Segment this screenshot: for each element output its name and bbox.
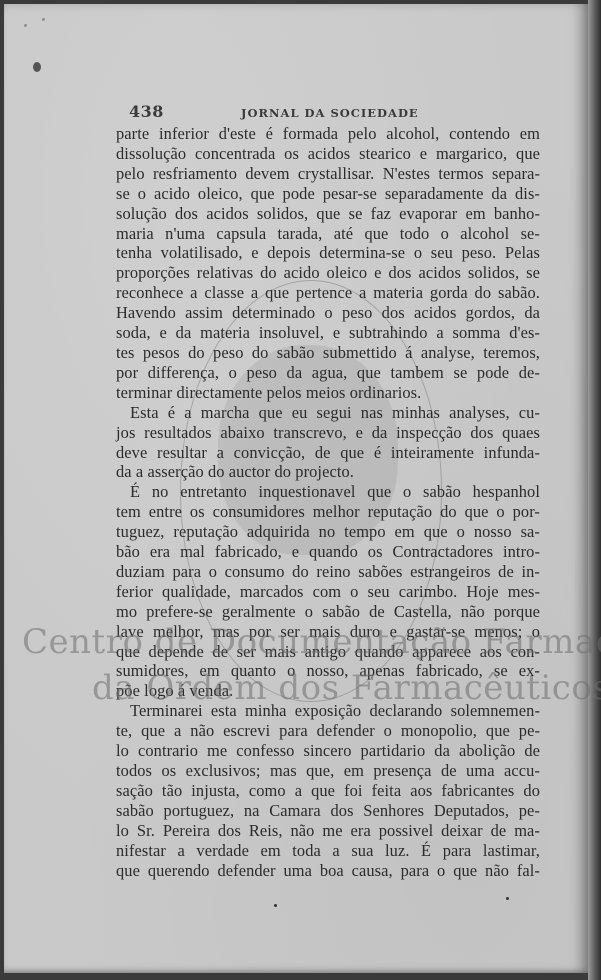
text-line: jos resultados abaixo transcrevo, e da i… xyxy=(116,423,540,443)
text-line: deve resultar a convicção, de que é inte… xyxy=(116,443,540,463)
ink-speck xyxy=(24,24,27,27)
text-line: que depende de ser mais antigo quando ap… xyxy=(116,642,540,662)
print-mark xyxy=(506,897,509,900)
text-line: da a asserção do auctor do projecto. xyxy=(116,462,540,482)
text-line: Havendo assim determinado o peso dos aci… xyxy=(116,303,540,323)
text-line: lo contrario me confesso sincero partida… xyxy=(116,741,540,761)
text-line: lo Sr. Pereira dos Reis, não me era poss… xyxy=(116,821,540,841)
paragraph-start-line: Esta é a marcha que eu segui nas minhas … xyxy=(116,403,540,423)
print-mark xyxy=(274,904,277,907)
text-line: maria n'uma capsula tarada, até que todo… xyxy=(116,224,540,244)
text-line: nifestar a verdade em toda a sua luz. É … xyxy=(116,841,540,861)
text-line: pelo resfriamento devem crystallisar. N'… xyxy=(116,164,540,184)
text-line: sumidores, em quanto o nosso, apenas fab… xyxy=(116,661,540,681)
text-line: duziam para o consumo do reino sabões es… xyxy=(116,562,540,582)
page-header: 438 JORNAL DA SOCIEDADE xyxy=(129,104,539,122)
running-title: JORNAL DA SOCIEDADE xyxy=(241,106,419,120)
text-line: sabão portuguez, na Camara dos Senhores … xyxy=(116,801,540,821)
text-line: se o acido oleico, que pode pesar-se sep… xyxy=(116,184,540,204)
page-number: 438 xyxy=(129,102,164,121)
text-line: tuguez, reputação adquirida no tempo em … xyxy=(116,522,540,542)
text-line: reconhece a classe a que pertence a mate… xyxy=(116,283,540,303)
text-line: por differença, o peso da agua, que tamb… xyxy=(116,363,540,383)
ink-speck xyxy=(42,18,45,21)
text-line: que querendo defender uma boa causa, par… xyxy=(116,861,540,881)
text-line: põe logo á venda. xyxy=(116,681,540,701)
text-line: ferior qualidade, marcados com o seu car… xyxy=(116,582,540,602)
body-text: parte inferior d'este é formada pelo alc… xyxy=(116,124,540,880)
text-line: tem entre os consumidores melhor reputaç… xyxy=(116,502,540,522)
text-line: parte inferior d'este é formada pelo alc… xyxy=(116,124,540,144)
text-line: sação tão injusta, como a que foi feita … xyxy=(116,781,540,801)
paragraph-start-line: É no entretanto inquestionavel que o sab… xyxy=(116,482,540,502)
paragraph-start-line: Terminarei esta minha exposição declaran… xyxy=(116,701,540,721)
text-line: te, que a não escrevi para defender o mo… xyxy=(116,721,540,741)
text-line: tenha volatilisado, e depois determina-s… xyxy=(116,243,540,263)
text-line: soda, e da materia insoluvel, e subtrahi… xyxy=(116,323,540,343)
text-line: lave melhor, mas por ser mais duro e gas… xyxy=(116,622,540,642)
text-line: dissolução concentrada os acidos stearic… xyxy=(116,144,540,164)
text-line: bão era mal fabricado, e quando os Contr… xyxy=(116,542,540,562)
text-line: todos os exclusivos; mas que, em presenç… xyxy=(116,761,540,781)
text-line: terminar directamente pelos meios ordina… xyxy=(116,383,540,403)
book-spine-shadow xyxy=(588,0,601,980)
text-line: proporções relativas do acido oleico e d… xyxy=(116,263,540,283)
text-line: mo prefere-se geralmente o sabão de Cast… xyxy=(116,602,540,622)
text-line: solução dos acidos solidos, que se faz e… xyxy=(116,204,540,224)
text-line: tes pesos do peso do sabão submettido á … xyxy=(116,343,540,363)
ink-speck xyxy=(33,62,41,72)
